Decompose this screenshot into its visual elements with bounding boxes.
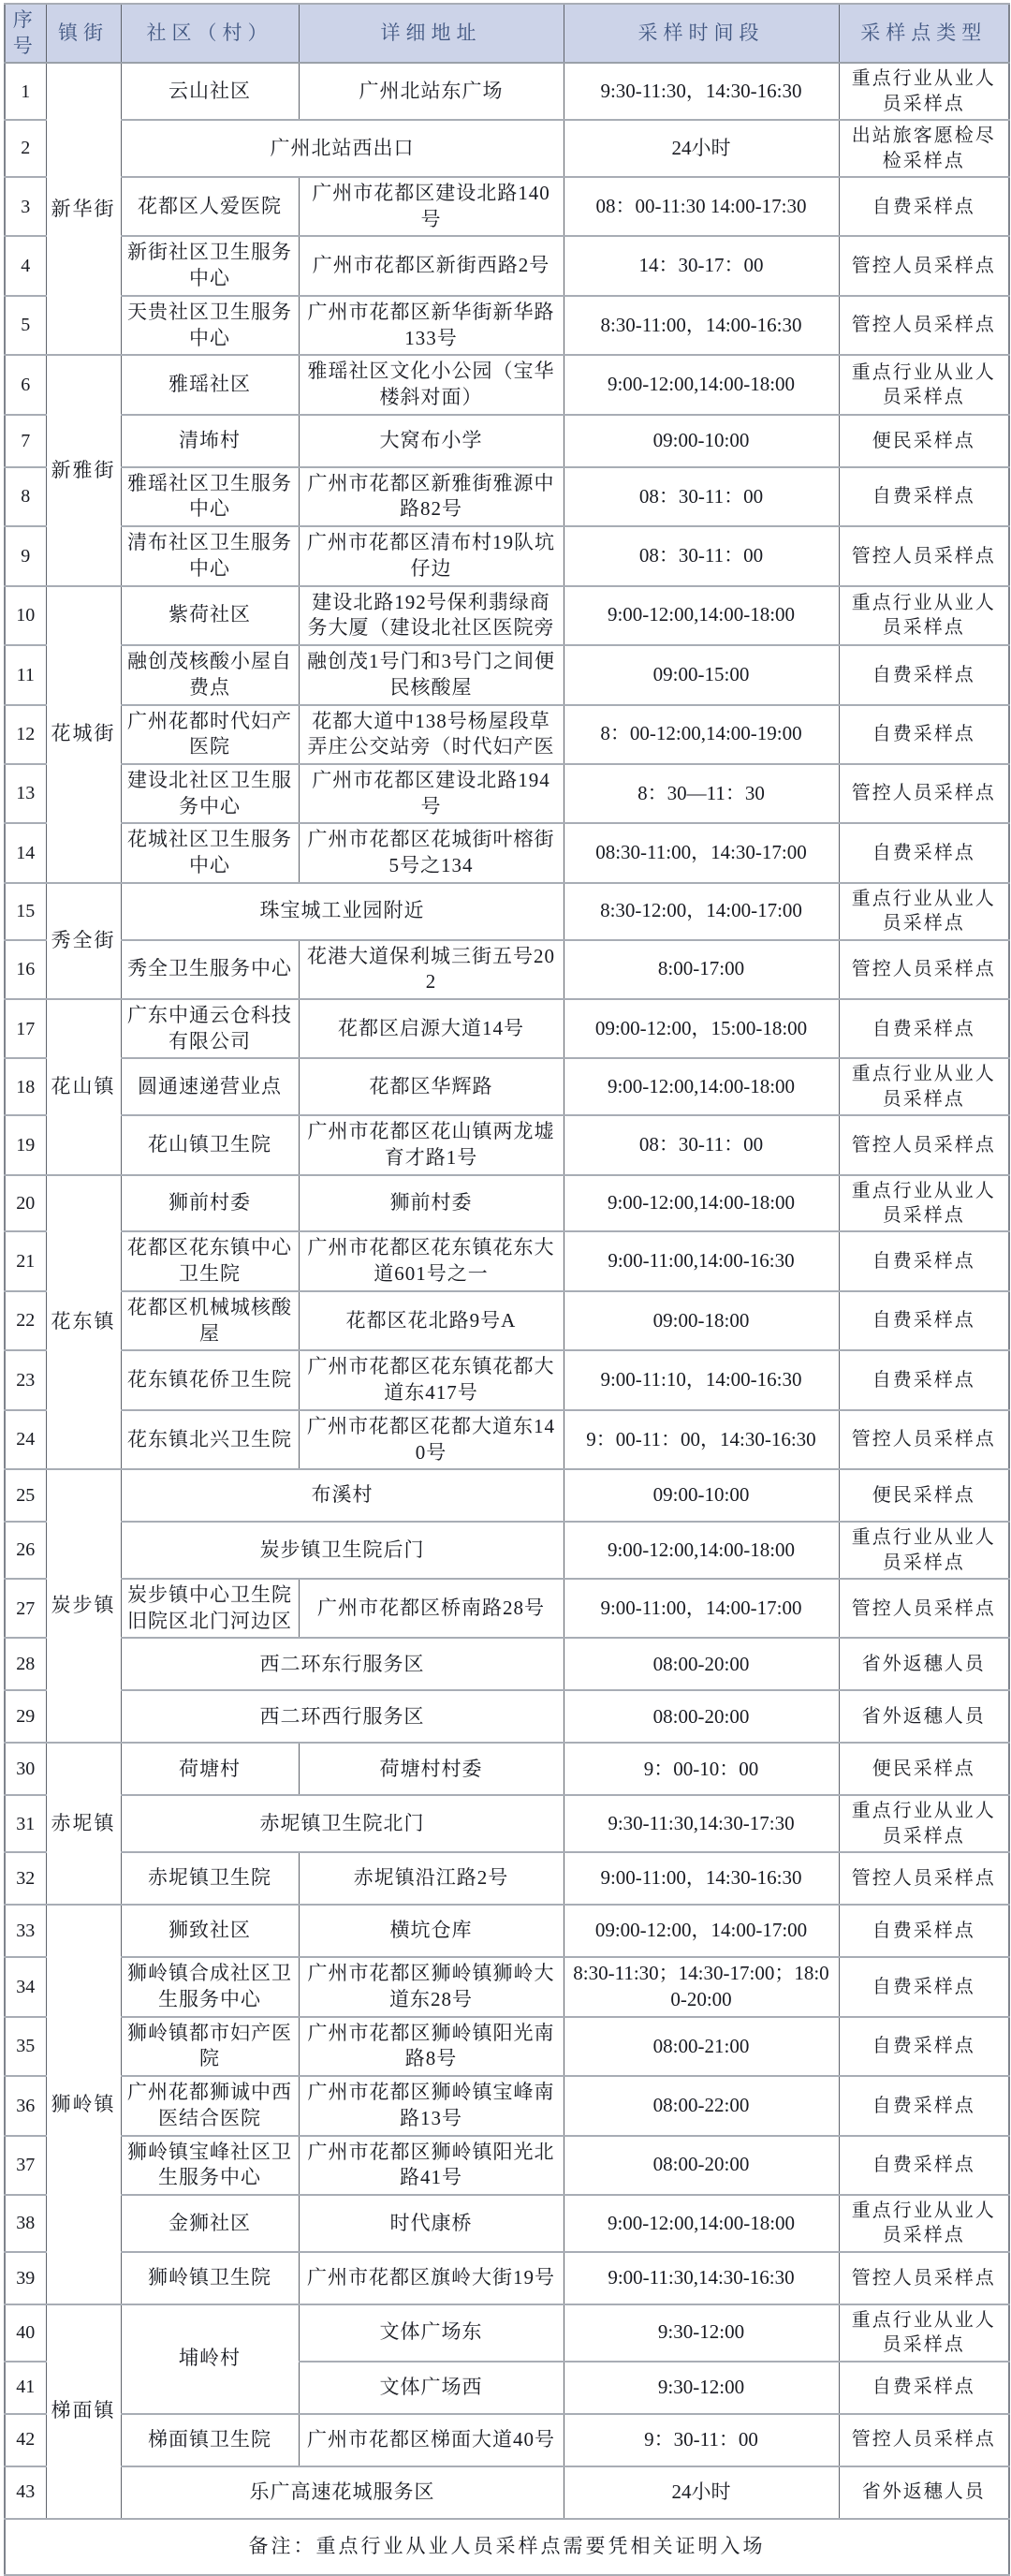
table-row: 26炭步镇卫生院后门9:00-12:00,14:00-18:00重点行业从业人员…: [5, 1522, 1009, 1579]
table-row: 31赤坭镇卫生院北门9:30-11:30,14:30-17:30重点行业从业人员…: [5, 1795, 1009, 1852]
row-number-cell: 9: [5, 526, 46, 585]
type-cell: 自费采样点: [839, 705, 1009, 764]
type-cell: 自费采样点: [839, 2017, 1009, 2076]
address-cell: 广州市花都区花都大道东140号: [299, 1410, 564, 1469]
row-number-cell: 28: [5, 1638, 46, 1690]
table-row: 20花东镇狮前村委狮前村委9:00-12:00,14:00-18:00重点行业从…: [5, 1175, 1009, 1232]
town-cell: 新雅街: [46, 355, 121, 585]
table-row: 29西二环西行服务区08:00-20:00省外返穗人员: [5, 1690, 1009, 1743]
address-cell: 广州市花都区新华街新华路133号: [299, 296, 564, 355]
row-number-cell: 7: [5, 415, 46, 467]
type-cell: 自费采样点: [839, 823, 1009, 882]
address-cell: 广州市花都区狮岭镇阳光北路41号: [299, 2136, 564, 2195]
address-cell: 文体广场东: [299, 2304, 564, 2362]
town-cell: 梯面镇: [46, 2304, 121, 2519]
community-address-cell: 珠宝城工业园附近: [121, 883, 564, 940]
type-cell: 自费采样点: [839, 645, 1009, 704]
row-number-cell: 17: [5, 999, 46, 1058]
type-cell: 管控人员采样点: [839, 1579, 1009, 1638]
type-cell: 省外返穗人员: [839, 1638, 1009, 1690]
time-cell: 08：30-11：00: [564, 526, 839, 585]
time-cell: 9:00-12:00,14:00-18:00: [564, 1522, 839, 1579]
time-cell: 14：30-17：00: [564, 236, 839, 295]
address-cell: 广州市花都区狮岭镇狮岭大道东28号: [299, 1957, 564, 2016]
type-cell: 便民采样点: [839, 1743, 1009, 1795]
row-number-cell: 37: [5, 2136, 46, 2195]
type-cell: 重点行业从业人员采样点: [839, 1795, 1009, 1852]
table-row: 33狮岭镇狮致社区横坑仓库09:00-12:00，14:00-17:00自费采样…: [5, 1905, 1009, 1957]
type-cell: 管控人员采样点: [839, 1852, 1009, 1905]
community-address-cell: 布溪村: [121, 1469, 564, 1522]
time-cell: 9:00-11:30,14:30-16:30: [564, 2252, 839, 2304]
type-cell: 重点行业从业人员采样点: [839, 1058, 1009, 1115]
type-cell: 便民采样点: [839, 415, 1009, 467]
time-cell: 8:00-17:00: [564, 940, 839, 999]
community-cell: 狮岭镇都市妇产医院: [121, 2017, 299, 2076]
type-cell: 自费采样点: [839, 1957, 1009, 2016]
table-row: 14花城社区卫生服务中心广州市花都区花城街叶榕街5号之13408:30-11:0…: [5, 823, 1009, 882]
address-cell: 广州市花都区狮岭镇阳光南路8号: [299, 2017, 564, 2076]
table-row: 37狮岭镇宝峰社区卫生服务中心广州市花都区狮岭镇阳光北路41号08:00-20:…: [5, 2136, 1009, 2195]
address-cell: 广州市花都区新雅街雅源中路82号: [299, 467, 564, 526]
time-cell: 9:30-11:30,14:30-17:30: [564, 1795, 839, 1852]
row-number-cell: 5: [5, 296, 46, 355]
community-cell: 花都区花东镇中心卫生院: [121, 1231, 299, 1290]
time-cell: 08:00-22:00: [564, 2076, 839, 2135]
row-number-cell: 23: [5, 1350, 46, 1409]
town-cell: 狮岭镇: [46, 1905, 121, 2304]
address-cell: 融创茂1号门和3号门之间便民核酸屋: [299, 645, 564, 704]
table-row: 40梯面镇埔岭村文体广场东9:30-12:00重点行业从业人员采样点: [5, 2304, 1009, 2362]
address-cell: 广州北站东广场: [299, 63, 564, 120]
row-number-cell: 3: [5, 177, 46, 236]
community-address-cell: 炭步镇卫生院后门: [121, 1522, 564, 1579]
header-row: 序号 镇街 社区（村） 详细地址 采样时间段 采样点类型: [5, 4, 1009, 63]
time-cell: 9:00-11:10，14:00-16:30: [564, 1350, 839, 1409]
table-header: 序号 镇街 社区（村） 详细地址 采样时间段 采样点类型: [5, 4, 1009, 63]
type-cell: 自费采样点: [839, 999, 1009, 1058]
address-cell: 广州市花都区旗岭大街19号: [299, 2252, 564, 2304]
community-cell: 花山镇卫生院: [121, 1115, 299, 1174]
community-cell: 狮致社区: [121, 1905, 299, 1957]
town-cell: 花东镇: [46, 1175, 121, 1470]
row-number-cell: 2: [5, 120, 46, 177]
row-number-cell: 4: [5, 236, 46, 295]
row-number-cell: 41: [5, 2362, 46, 2414]
row-number-cell: 21: [5, 1231, 46, 1290]
community-cell: 埔岭村: [121, 2304, 299, 2414]
time-cell: 9:00-11:00，14:00-17:00: [564, 1579, 839, 1638]
table-footer: 备注：重点行业从业人员采样点需要凭相关证明入场: [5, 2519, 1009, 2575]
header-col-index: 序号: [5, 4, 46, 63]
address-cell: 建设北路192号保利翡绿商务大厦（建设北社区医院旁: [299, 586, 564, 645]
row-number-cell: 42: [5, 2414, 46, 2466]
time-cell: 09:00-12:00，14:00-17:00: [564, 1905, 839, 1957]
address-cell: 狮前村委: [299, 1175, 564, 1232]
table-row: 10花城街紫荷社区建设北路192号保利翡绿商务大厦（建设北社区医院旁9:00-1…: [5, 586, 1009, 645]
time-cell: 08：30-11：00: [564, 467, 839, 526]
row-number-cell: 35: [5, 2017, 46, 2076]
community-cell: 云山社区: [121, 63, 299, 120]
time-cell: 9：30-11：00: [564, 2414, 839, 2466]
header-col-address: 详细地址: [299, 4, 564, 63]
type-cell: 自费采样点: [839, 2076, 1009, 2135]
type-cell: 重点行业从业人员采样点: [839, 586, 1009, 645]
type-cell: 省外返穗人员: [839, 1690, 1009, 1743]
type-cell: 管控人员采样点: [839, 2414, 1009, 2466]
row-number-cell: 36: [5, 2076, 46, 2135]
type-cell: 重点行业从业人员采样点: [839, 1522, 1009, 1579]
community-cell: 广东中通云仓科技有限公司: [121, 999, 299, 1058]
time-cell: 09:00-18:00: [564, 1291, 839, 1350]
community-cell: 梯面镇卫生院: [121, 2414, 299, 2466]
community-cell: 荷塘村: [121, 1743, 299, 1795]
table-row: 35狮岭镇都市妇产医院广州市花都区狮岭镇阳光南路8号08:00-21:00自费采…: [5, 2017, 1009, 2076]
address-cell: 荷塘村村委: [299, 1743, 564, 1795]
time-cell: 9:00-12:00,14:00-18:00: [564, 2195, 839, 2252]
time-cell: 9:30-12:00: [564, 2362, 839, 2414]
type-cell: 管控人员采样点: [839, 1410, 1009, 1469]
type-cell: 重点行业从业人员采样点: [839, 883, 1009, 940]
community-cell: 金狮社区: [121, 2195, 299, 2252]
table-row: 6新雅街雅瑶社区雅瑶社区文化小公园（宝华楼斜对面）9:00-12:00,14:0…: [5, 355, 1009, 414]
header-col-town: 镇街: [46, 4, 121, 63]
address-cell: 广州市花都区建设北路194号: [299, 764, 564, 823]
type-cell: 重点行业从业人员采样点: [839, 2304, 1009, 2362]
address-cell: 花港大道保利城三街五号202: [299, 940, 564, 999]
table-row: 22花都区机械城核酸屋花都区花北路9号A09:00-18:00自费采样点: [5, 1291, 1009, 1350]
type-cell: 自费采样点: [839, 1350, 1009, 1409]
type-cell: 管控人员采样点: [839, 526, 1009, 585]
address-cell: 广州市花都区清布村19队坑仔边: [299, 526, 564, 585]
community-cell: 狮岭镇卫生院: [121, 2252, 299, 2304]
type-cell: 自费采样点: [839, 2362, 1009, 2414]
community-cell: 雅瑶社区卫生服务中心: [121, 467, 299, 526]
table-row: 23花东镇花侨卫生院广州市花都区花东镇花都大道东417号9:00-11:10，1…: [5, 1350, 1009, 1409]
address-cell: 花都大道中138号杨屋段草弄庄公交站旁（时代妇产医: [299, 705, 564, 764]
time-cell: 9:30-12:00: [564, 2304, 839, 2362]
table-row: 17花山镇广东中通云仓科技有限公司花都区启源大道14号09:00-12:00，1…: [5, 999, 1009, 1058]
table-row: 42梯面镇卫生院广州市花都区梯面大道40号9：30-11：00管控人员采样点: [5, 2414, 1009, 2466]
row-number-cell: 25: [5, 1469, 46, 1522]
community-cell: 清㘵村: [121, 415, 299, 467]
row-number-cell: 11: [5, 645, 46, 704]
time-cell: 9：00-11：00，14:30-16:30: [564, 1410, 839, 1469]
table-row: 19花山镇卫生院广州市花都区花山镇两龙墟育才路1号08：30-11：00管控人员…: [5, 1115, 1009, 1174]
address-cell: 赤坭镇沿江路2号: [299, 1852, 564, 1905]
row-number-cell: 16: [5, 940, 46, 999]
table-row: 18圆通速递营业点花都区华辉路9:00-12:00,14:00-18:00重点行…: [5, 1058, 1009, 1115]
header-col-time: 采样时间段: [564, 4, 839, 63]
community-cell: 狮岭镇合成社区卫生服务中心: [121, 1957, 299, 2016]
row-number-cell: 30: [5, 1743, 46, 1795]
table-row: 4新街社区卫生服务中心广州市花都区新街西路2号14：30-17：00管控人员采样…: [5, 236, 1009, 295]
header-col-type: 采样点类型: [839, 4, 1009, 63]
table-row: 15秀全街珠宝城工业园附近8:30-12:00，14:00-17:00重点行业从…: [5, 883, 1009, 940]
type-cell: 自费采样点: [839, 1231, 1009, 1290]
row-number-cell: 19: [5, 1115, 46, 1174]
time-cell: 8:30-12:00，14:00-17:00: [564, 883, 839, 940]
community-cell: 赤坭镇卫生院: [121, 1852, 299, 1905]
community-address-cell: 西二环东行服务区: [121, 1638, 564, 1690]
time-cell: 09:00-12:00，15:00-18:00: [564, 999, 839, 1058]
time-cell: 9:00-12:00,14:00-18:00: [564, 586, 839, 645]
table-body: 1新华街云山社区广州北站东广场9:30-11:30，14:30-16:30重点行…: [5, 63, 1009, 2518]
type-cell: 管控人员采样点: [839, 2252, 1009, 2304]
type-cell: 自费采样点: [839, 2136, 1009, 2195]
type-cell: 管控人员采样点: [839, 236, 1009, 295]
town-cell: 赤坭镇: [46, 1743, 121, 1905]
footer-note: 备注：重点行业从业人员采样点需要凭相关证明入场: [5, 2519, 1009, 2575]
community-cell: 花城社区卫生服务中心: [121, 823, 299, 882]
table-row: 11融创茂核酸小屋自费点融创茂1号门和3号门之间便民核酸屋09:00-15:00…: [5, 645, 1009, 704]
time-cell: 9:30-11:30，14:30-16:30: [564, 63, 839, 120]
address-cell: 广州市花都区狮岭镇宝峰南路13号: [299, 2076, 564, 2135]
type-cell: 管控人员采样点: [839, 940, 1009, 999]
time-cell: 9:00-12:00,14:00-18:00: [564, 1175, 839, 1232]
time-cell: 08:00-21:00: [564, 2017, 839, 2076]
community-cell: 花都区机械城核酸屋: [121, 1291, 299, 1350]
time-cell: 08:00-20:00: [564, 1638, 839, 1690]
time-cell: 09:00-10:00: [564, 415, 839, 467]
time-cell: 24小时: [564, 2466, 839, 2519]
row-number-cell: 34: [5, 1957, 46, 2016]
table-row: 43乐广高速花城服务区24小时省外返穗人员: [5, 2466, 1009, 2519]
time-cell: 9:00-11:00，14:30-16:30: [564, 1852, 839, 1905]
address-cell: 广州市花都区梯面大道40号: [299, 2414, 564, 2466]
time-cell: 9：00-10：00: [564, 1743, 839, 1795]
time-cell: 9:00-12:00,14:00-18:00: [564, 355, 839, 414]
community-cell: 狮前村委: [121, 1175, 299, 1232]
table-row: 38金狮社区时代康桥9:00-12:00,14:00-18:00重点行业从业人员…: [5, 2195, 1009, 2252]
type-cell: 自费采样点: [839, 1291, 1009, 1350]
community-cell: 建设北社区卫生服务中心: [121, 764, 299, 823]
row-number-cell: 33: [5, 1905, 46, 1957]
community-cell: 花东镇花侨卫生院: [121, 1350, 299, 1409]
row-number-cell: 10: [5, 586, 46, 645]
table-row: 1新华街云山社区广州北站东广场9:30-11:30，14:30-16:30重点行…: [5, 63, 1009, 120]
community-cell: 天贵社区卫生服务中心: [121, 296, 299, 355]
table-row: 28西二环东行服务区08:00-20:00省外返穗人员: [5, 1638, 1009, 1690]
row-number-cell: 8: [5, 467, 46, 526]
community-address-cell: 广州北站西出口: [121, 120, 564, 177]
row-number-cell: 6: [5, 355, 46, 414]
time-cell: 09:00-15:00: [564, 645, 839, 704]
row-number-cell: 22: [5, 1291, 46, 1350]
table-row: 27炭步镇中心卫生院旧院区北门河边区广州市花都区桥南路28号9:00-11:00…: [5, 1579, 1009, 1638]
address-cell: 广州市花都区花山镇两龙墟育才路1号: [299, 1115, 564, 1174]
time-cell: 08:30-11:00，14:30-17:00: [564, 823, 839, 882]
row-number-cell: 13: [5, 764, 46, 823]
address-cell: 广州市花都区花东镇花都大道东417号: [299, 1350, 564, 1409]
type-cell: 管控人员采样点: [839, 764, 1009, 823]
time-cell: 08：00-11:30 14:00-17:30: [564, 177, 839, 236]
row-number-cell: 40: [5, 2304, 46, 2362]
address-cell: 大窝布小学: [299, 415, 564, 467]
row-number-cell: 43: [5, 2466, 46, 2519]
time-cell: 8:30-11:00，14:00-16:30: [564, 296, 839, 355]
row-number-cell: 32: [5, 1852, 46, 1905]
type-cell: 出站旅客愿检尽检采样点: [839, 120, 1009, 177]
time-cell: 8:30-11:30；14:30-17:00；18:00-20:00: [564, 1957, 839, 2016]
row-number-cell: 24: [5, 1410, 46, 1469]
type-cell: 管控人员采样点: [839, 1115, 1009, 1174]
address-cell: 广州市花都区花东镇花东大道601号之一: [299, 1231, 564, 1290]
row-number-cell: 18: [5, 1058, 46, 1115]
address-cell: 广州市花都区建设北路140号: [299, 177, 564, 236]
header-col-community: 社区（村）: [121, 4, 299, 63]
address-cell: 时代康桥: [299, 2195, 564, 2252]
table-row: 13建设北社区卫生服务中心广州市花都区建设北路194号8：30—11：30管控人…: [5, 764, 1009, 823]
footer-row: 备注：重点行业从业人员采样点需要凭相关证明入场: [5, 2519, 1009, 2575]
community-address-cell: 西二环西行服务区: [121, 1690, 564, 1743]
community-cell: 花都区人爱医院: [121, 177, 299, 236]
row-number-cell: 15: [5, 883, 46, 940]
community-cell: 花东镇北兴卫生院: [121, 1410, 299, 1469]
row-number-cell: 12: [5, 705, 46, 764]
row-number-cell: 20: [5, 1175, 46, 1232]
town-cell: 花城街: [46, 586, 121, 883]
row-number-cell: 39: [5, 2252, 46, 2304]
type-cell: 便民采样点: [839, 1469, 1009, 1522]
table-row: 24花东镇北兴卫生院广州市花都区花都大道东140号9：00-11：00，14:3…: [5, 1410, 1009, 1469]
table-row: 16秀全卫生服务中心花港大道保利城三街五号2028:00-17:00管控人员采样…: [5, 940, 1009, 999]
address-cell: 广州市花都区新街西路2号: [299, 236, 564, 295]
address-cell: 广州市花都区桥南路28号: [299, 1579, 564, 1638]
time-cell: 08:00-20:00: [564, 2136, 839, 2195]
community-cell: 秀全卫生服务中心: [121, 940, 299, 999]
community-cell: 广州花都时代妇产医院: [121, 705, 299, 764]
town-cell: 炭步镇: [46, 1469, 121, 1743]
type-cell: 自费采样点: [839, 1905, 1009, 1957]
town-cell: 秀全街: [46, 883, 121, 999]
type-cell: 省外返穗人员: [839, 2466, 1009, 2519]
time-cell: 9:00-12:00,14:00-18:00: [564, 1058, 839, 1115]
table-row: 32赤坭镇卫生院赤坭镇沿江路2号9:00-11:00，14:30-16:30管控…: [5, 1852, 1009, 1905]
town-cell: 花山镇: [46, 999, 121, 1175]
row-number-cell: 31: [5, 1795, 46, 1852]
community-cell: 圆通速递营业点: [121, 1058, 299, 1115]
row-number-cell: 38: [5, 2195, 46, 2252]
table-row: 12广州花都时代妇产医院花都大道中138号杨屋段草弄庄公交站旁（时代妇产医8：0…: [5, 705, 1009, 764]
table-row: 25炭步镇布溪村09:00-10:00便民采样点: [5, 1469, 1009, 1522]
type-cell: 管控人员采样点: [839, 296, 1009, 355]
table-row: 21花都区花东镇中心卫生院广州市花都区花东镇花东大道601号之一9:00-11:…: [5, 1231, 1009, 1290]
row-number-cell: 27: [5, 1579, 46, 1638]
time-cell: 24小时: [564, 120, 839, 177]
time-cell: 09:00-10:00: [564, 1469, 839, 1522]
community-cell: 雅瑶社区: [121, 355, 299, 414]
community-cell: 狮岭镇宝峰社区卫生服务中心: [121, 2136, 299, 2195]
row-number-cell: 29: [5, 1690, 46, 1743]
community-address-cell: 赤坭镇卫生院北门: [121, 1795, 564, 1852]
time-cell: 08:00-20:00: [564, 1690, 839, 1743]
community-cell: 新街社区卫生服务中心: [121, 236, 299, 295]
community-address-cell: 乐广高速花城服务区: [121, 2466, 564, 2519]
address-cell: 花都区启源大道14号: [299, 999, 564, 1058]
community-cell: 融创茂核酸小屋自费点: [121, 645, 299, 704]
time-cell: 8：30—11：30: [564, 764, 839, 823]
address-cell: 花都区花北路9号A: [299, 1291, 564, 1350]
time-cell: 8：00-12:00,14:00-19:00: [564, 705, 839, 764]
sampling-sites-table: 序号 镇街 社区（村） 详细地址 采样时间段 采样点类型 1新华街云山社区广州北…: [4, 3, 1010, 2576]
type-cell: 自费采样点: [839, 177, 1009, 236]
type-cell: 自费采样点: [839, 467, 1009, 526]
community-cell: 广州花都狮诚中西医结合医院: [121, 2076, 299, 2135]
address-cell: 广州市花都区花城街叶榕街5号之134: [299, 823, 564, 882]
type-cell: 重点行业从业人员采样点: [839, 2195, 1009, 2252]
row-number-cell: 1: [5, 63, 46, 120]
table-row: 36广州花都狮诚中西医结合医院广州市花都区狮岭镇宝峰南路13号08:00-22:…: [5, 2076, 1009, 2135]
row-number-cell: 26: [5, 1522, 46, 1579]
town-cell: 新华街: [46, 63, 121, 355]
table-row: 39狮岭镇卫生院广州市花都区旗岭大街19号9:00-11:30,14:30-16…: [5, 2252, 1009, 2304]
table-row: 34狮岭镇合成社区卫生服务中心广州市花都区狮岭镇狮岭大道东28号8:30-11:…: [5, 1957, 1009, 2016]
address-cell: 雅瑶社区文化小公园（宝华楼斜对面）: [299, 355, 564, 414]
table-row: 2广州北站西出口24小时出站旅客愿检尽检采样点: [5, 120, 1009, 177]
address-cell: 横坑仓库: [299, 1905, 564, 1957]
type-cell: 重点行业从业人员采样点: [839, 1175, 1009, 1232]
table-row: 3花都区人爱医院广州市花都区建设北路140号08：00-11:30 14:00-…: [5, 177, 1009, 236]
table-row: 9清布社区卫生服务中心广州市花都区清布村19队坑仔边08：30-11：00管控人…: [5, 526, 1009, 585]
address-cell: 文体广场西: [299, 2362, 564, 2414]
table-row: 30赤坭镇荷塘村荷塘村村委9：00-10：00便民采样点: [5, 1743, 1009, 1795]
time-cell: 08：30-11：00: [564, 1115, 839, 1174]
time-cell: 9:00-11:00,14:00-16:30: [564, 1231, 839, 1290]
type-cell: 重点行业从业人员采样点: [839, 63, 1009, 120]
table-row: 5天贵社区卫生服务中心广州市花都区新华街新华路133号8:30-11:00，14…: [5, 296, 1009, 355]
community-cell: 紫荷社区: [121, 586, 299, 645]
table-row: 8雅瑶社区卫生服务中心广州市花都区新雅街雅源中路82号08：30-11：00自费…: [5, 467, 1009, 526]
community-cell: 清布社区卫生服务中心: [121, 526, 299, 585]
type-cell: 重点行业从业人员采样点: [839, 355, 1009, 414]
table-row: 7清㘵村大窝布小学09:00-10:00便民采样点: [5, 415, 1009, 467]
community-cell: 炭步镇中心卫生院旧院区北门河边区: [121, 1579, 299, 1638]
address-cell: 花都区华辉路: [299, 1058, 564, 1115]
row-number-cell: 14: [5, 823, 46, 882]
